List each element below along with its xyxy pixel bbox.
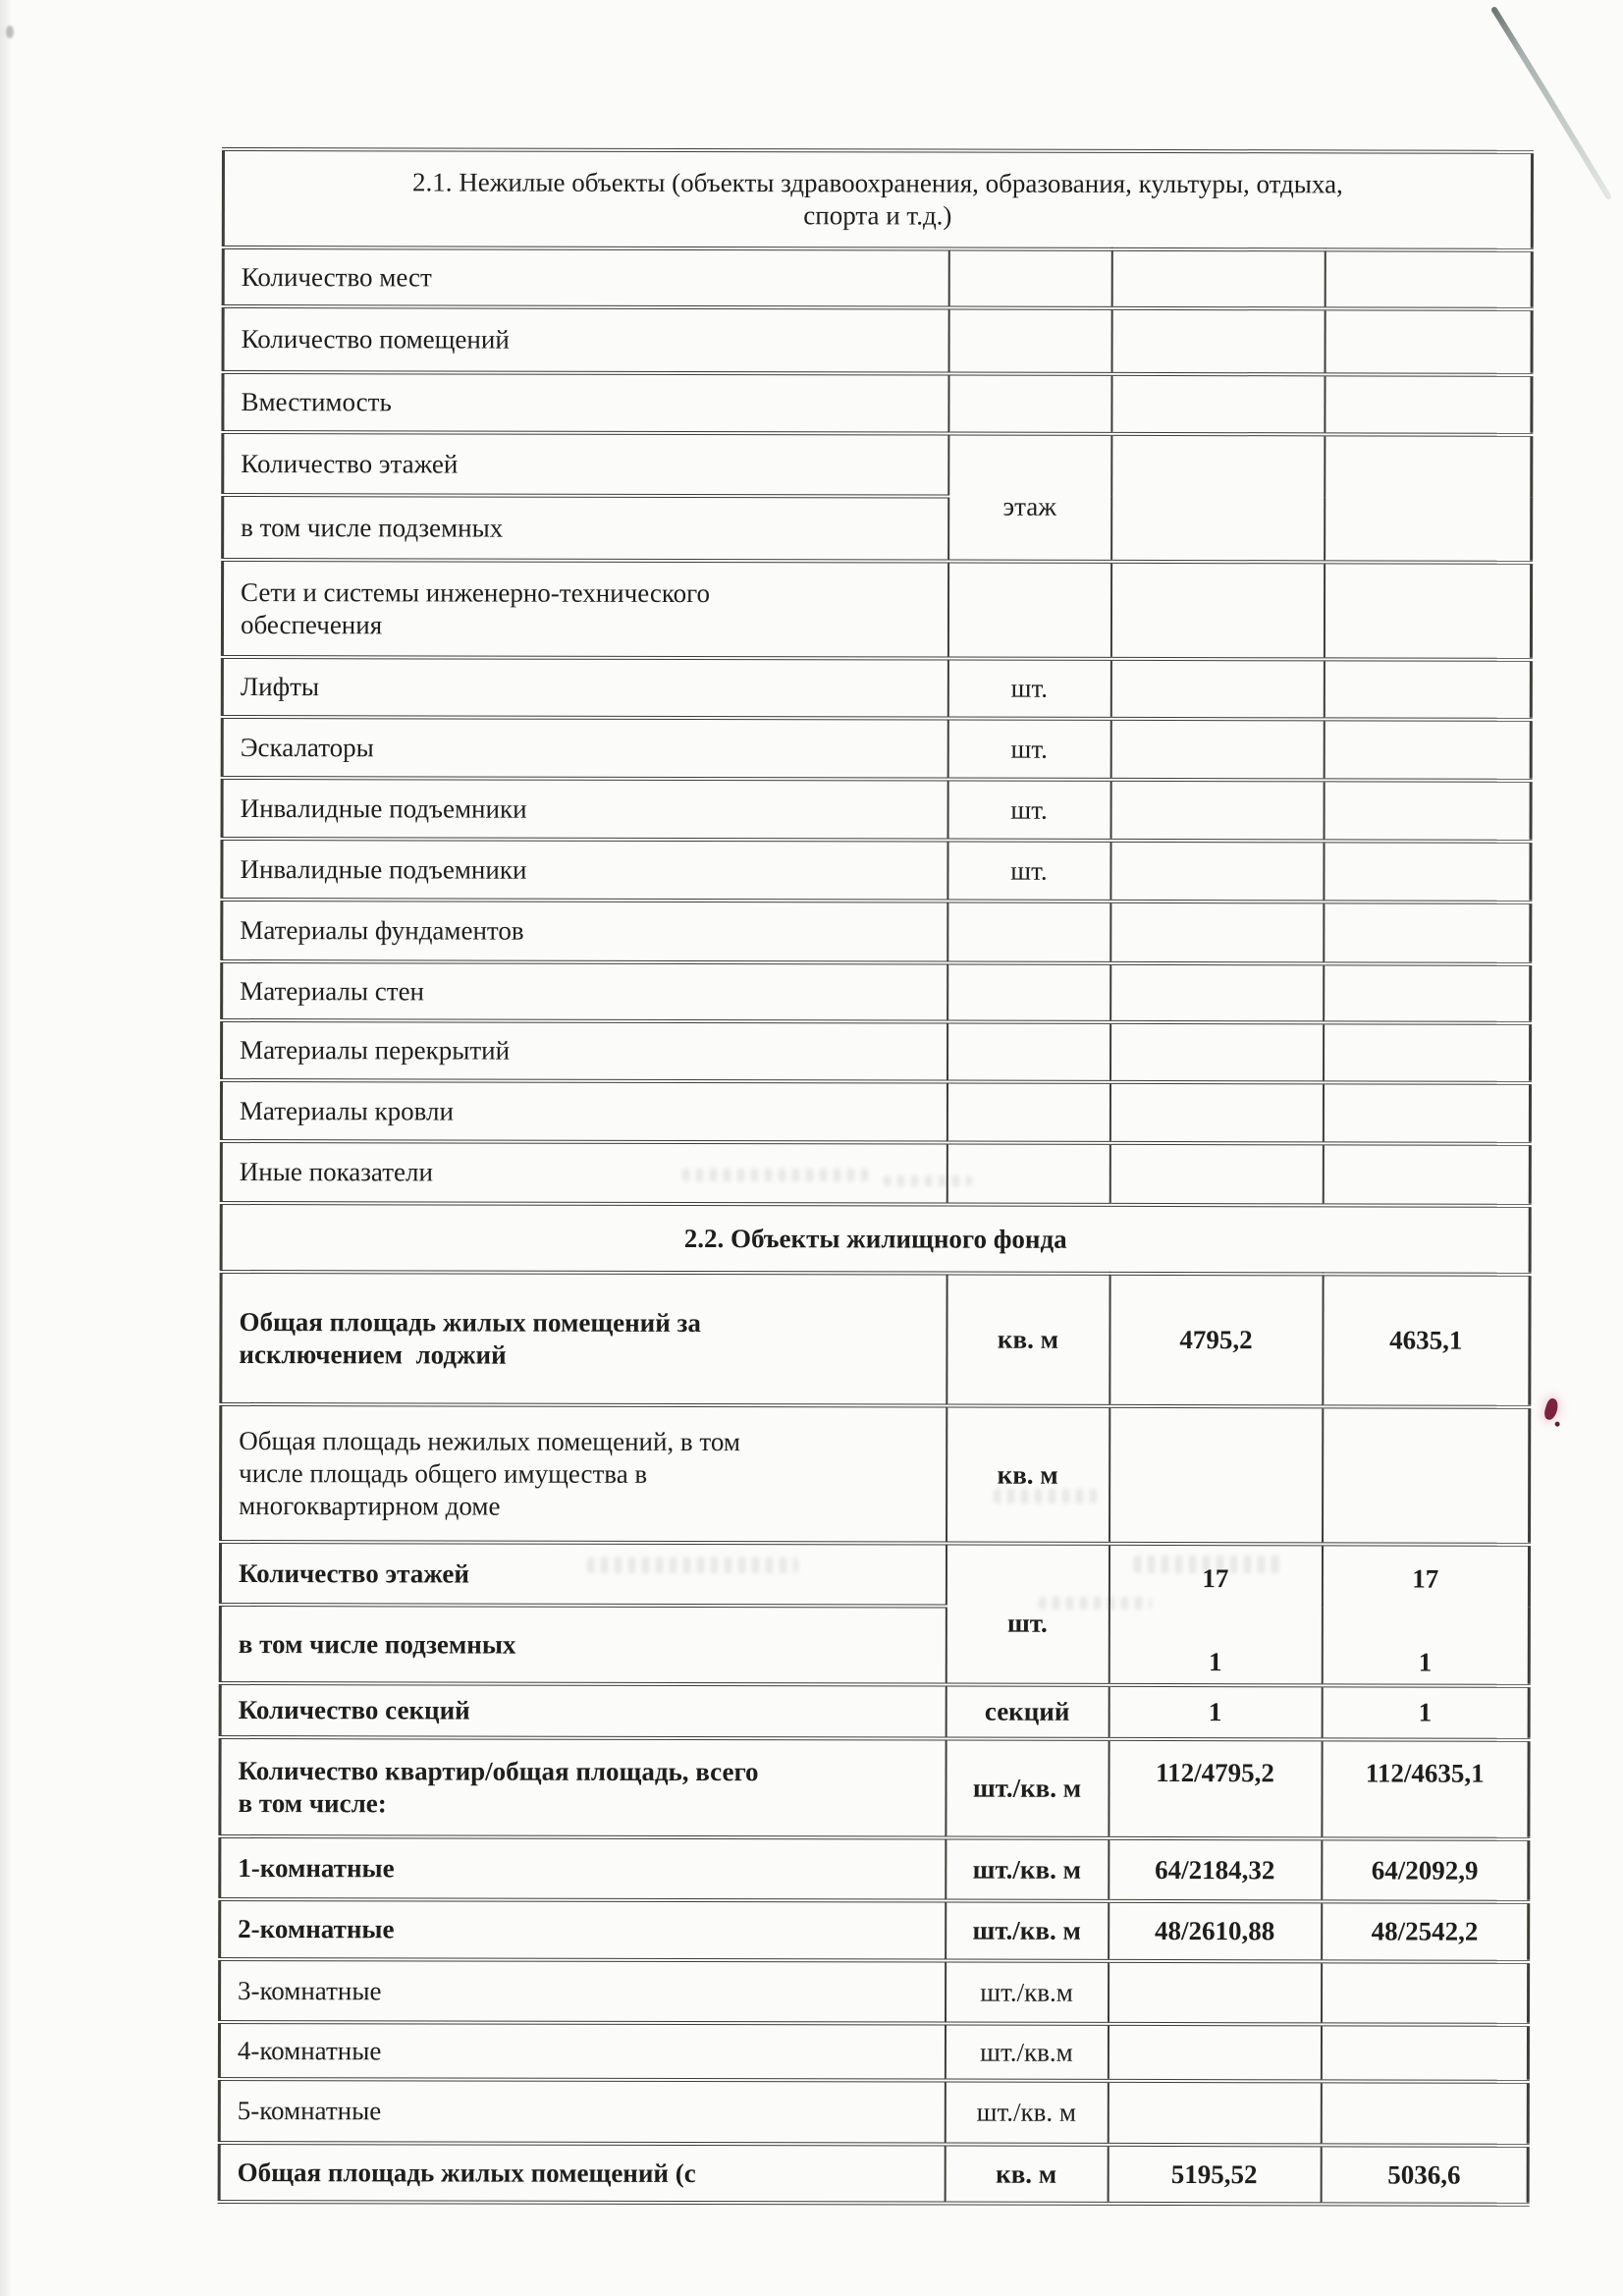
row-unit: шт. [947, 659, 1110, 719]
row-value-1 [1108, 2081, 1321, 2145]
row-value-2: 1 [1322, 1685, 1529, 1739]
row-value-2 [1321, 1961, 1528, 2024]
row-value-1 [1110, 659, 1324, 719]
section-2-1-header-row: 2.1. Нежилые объекты (объекты здравоохра… [223, 149, 1532, 250]
row-value-2: 17 1 [1322, 1544, 1529, 1685]
row-label: Материалы кровли [221, 1080, 947, 1143]
row-value-2 [1325, 434, 1532, 562]
row-label: Иные показатели [221, 1141, 947, 1205]
row-unit [947, 1143, 1109, 1205]
row-unit: этаж [948, 434, 1111, 562]
table-row: Эскалаторы шт. [222, 717, 1531, 781]
section-2-2-title: 2.2. Объекты жилищного фонда [221, 1203, 1530, 1275]
row-unit: кв. м [947, 1406, 1109, 1544]
table-row: Количество этажей шт. 17 1 17 1 [220, 1542, 1529, 1608]
table-row: 5-комнатные шт./кв. м [219, 2079, 1528, 2146]
table-row: Материалы перекрытий [222, 1020, 1531, 1083]
row-label: Общая площадь жилых помещений за исключе… [221, 1272, 947, 1406]
table-row: Вместимость [223, 372, 1532, 435]
section-2-2-header-row: 2.2. Объекты жилищного фонда [221, 1203, 1530, 1275]
red-ink-mark [1542, 1397, 1560, 1422]
row-value-1 [1109, 1406, 1323, 1544]
row-unit: шт. [946, 1544, 1109, 1685]
row-label: 1-комнатные [220, 1836, 946, 1901]
row-value-2 [1324, 1022, 1531, 1082]
row-value-2 [1324, 963, 1531, 1022]
row-label: 4-комнатные [219, 2022, 945, 2081]
row-label: Эскалаторы [222, 717, 947, 780]
row-label: 5-комнатные [219, 2079, 945, 2145]
row-label: в том числе подземных [220, 1605, 946, 1685]
row-value-1: 17 1 [1109, 1544, 1322, 1685]
row-value-2: 64/2092,9 [1322, 1838, 1529, 1901]
table-row: Инвалидные подъемники шт. [222, 839, 1531, 902]
row-label: Лифты [222, 657, 947, 719]
row-unit: шт./кв. м [946, 1739, 1109, 1838]
table-row: Общая площадь нежилых помещений, в том ч… [221, 1404, 1530, 1545]
row-label: Вместимость [223, 372, 948, 434]
row-value-2 [1325, 249, 1532, 308]
table-row: Лифты шт. [222, 657, 1531, 720]
table-row: Количество этажей этаж [223, 432, 1532, 498]
row-label: Материалы стен [222, 961, 947, 1022]
row-unit: шт. [947, 719, 1110, 780]
row-value-1 [1110, 902, 1324, 963]
row-unit: кв. м [945, 2145, 1108, 2204]
row-value-1 [1110, 841, 1324, 902]
row-label: 3-комнатные [220, 1959, 946, 2024]
row-unit: секций [946, 1685, 1109, 1739]
row-value-1: 112/4795,2 [1109, 1739, 1322, 1838]
row-value-1 [1109, 1082, 1323, 1143]
row-unit [947, 902, 1110, 963]
table-row: Количество секций секций 1 1 [220, 1683, 1529, 1740]
row-value-2 [1324, 719, 1531, 780]
row-unit [947, 963, 1110, 1022]
table-row: 3-комнатные шт./кв.м [220, 1959, 1529, 2025]
row-label: Общая площадь жилых помещений (с [219, 2143, 945, 2204]
row-label: 2-комнатные [220, 1899, 946, 1961]
table-row: Количество квартир/общая площадь, всего … [220, 1737, 1529, 1839]
row-label: Количество помещений [223, 306, 948, 374]
row-value-1 [1110, 1022, 1324, 1082]
table-row: Общая площадь жилых помещений (с кв. м 5… [219, 2143, 1528, 2205]
table-row: Материалы фундаментов [222, 900, 1531, 964]
row-unit: шт. [947, 780, 1110, 841]
table-row: Количество мест [223, 247, 1532, 309]
table-row: 4-комнатные шт./кв.м [219, 2022, 1528, 2082]
row-unit: шт./кв.м [946, 1961, 1109, 2024]
row-value-1: 64/2184,32 [1109, 1838, 1322, 1901]
row-value-2 [1323, 1406, 1530, 1544]
floors-below-value: 1 [1209, 1646, 1222, 1678]
row-unit: шт. [947, 841, 1110, 902]
table-row: Инвалидные подъемники шт. [222, 778, 1531, 842]
table-row: Иные показатели [221, 1141, 1530, 1206]
row-value-1 [1109, 1143, 1323, 1205]
row-unit [948, 374, 1111, 434]
row-value-1: 1 [1109, 1685, 1322, 1739]
row-value-1 [1110, 780, 1324, 841]
scan-edge-shadow [0, 0, 12, 2296]
row-value-2 [1325, 308, 1532, 374]
row-value-2 [1321, 2081, 1528, 2145]
table-row: Материалы стен [222, 961, 1531, 1023]
table-row: 2-комнатные шт./кв. м 48/2610,88 48/2542… [220, 1899, 1529, 1962]
row-value-2 [1321, 2024, 1528, 2081]
row-value-1: 48/2610,88 [1109, 1901, 1322, 1961]
row-unit: шт./кв. м [946, 1901, 1109, 1961]
row-value-2 [1324, 562, 1531, 659]
row-label: Количество мест [223, 247, 948, 308]
row-value-1 [1110, 963, 1324, 1022]
row-value-2 [1324, 902, 1531, 963]
row-unit: шт./кв. м [946, 1838, 1109, 1901]
row-value-1: 5195,52 [1108, 2145, 1321, 2204]
row-label: Количество этажей [220, 1542, 946, 1607]
row-value-2 [1325, 374, 1532, 434]
row-value-1 [1108, 2024, 1321, 2081]
row-label: Количество квартир/общая площадь, всего … [220, 1737, 946, 1838]
row-label: Материалы фундаментов [222, 900, 947, 963]
row-label: в том числе подземных [223, 495, 948, 562]
row-value-2: 48/2542,2 [1322, 1901, 1529, 1961]
row-unit [947, 562, 1110, 659]
row-label: Материалы перекрытий [222, 1020, 947, 1082]
section-2-1-title: 2.1. Нежилые объекты (объекты здравоохра… [223, 149, 1532, 250]
row-value-2: 112/4635,1 [1322, 1739, 1529, 1838]
table-row: Количество помещений [223, 306, 1532, 375]
row-unit: кв. м [947, 1274, 1109, 1406]
row-label: Сети и системы инженерно-технического об… [222, 560, 947, 659]
row-value-2 [1324, 780, 1531, 841]
row-label: Количество этажей [223, 432, 948, 497]
row-value-1 [1110, 719, 1324, 780]
row-unit [947, 1022, 1110, 1082]
row-value-2 [1323, 1082, 1530, 1143]
row-label: Инвалидные подъемники [222, 778, 947, 841]
row-unit [947, 1082, 1109, 1143]
row-unit [948, 308, 1111, 374]
row-label: Инвалидные подъемники [222, 839, 947, 902]
table-row: Сети и системы инженерно-технического об… [222, 560, 1531, 660]
scan-speck [6, 26, 14, 38]
row-value-1 [1108, 1961, 1321, 2024]
row-value-2 [1324, 841, 1531, 902]
row-value-1 [1111, 249, 1325, 308]
row-unit [948, 249, 1111, 308]
scanned-document-page: 2.1. Нежилые объекты (объекты здравоохра… [0, 0, 1623, 2296]
row-label: Общая площадь нежилых помещений, в том ч… [221, 1404, 947, 1544]
table-row: Материалы кровли [221, 1080, 1530, 1144]
row-unit: шт./кв. м [945, 2081, 1108, 2145]
row-label: Количество секций [220, 1683, 946, 1739]
row-value-2: 5036,6 [1321, 2145, 1528, 2204]
row-value-1 [1111, 308, 1325, 374]
row-value-1 [1111, 374, 1325, 434]
row-value-1 [1110, 562, 1324, 659]
row-value-2: 4635,1 [1323, 1274, 1530, 1406]
table-row: Общая площадь жилых помещений за исключе… [221, 1272, 1530, 1407]
row-value-2 [1324, 659, 1531, 719]
row-value-1 [1111, 434, 1325, 562]
row-value-2 [1323, 1143, 1530, 1205]
construction-object-form-table: 2.1. Нежилые объекты (объекты здравоохра… [218, 147, 1534, 2207]
row-value-1: 4795,2 [1109, 1274, 1323, 1406]
floors-above-value: 17 [1412, 1563, 1438, 1596]
row-unit: шт./кв.м [945, 2024, 1108, 2081]
floors-above-value: 17 [1202, 1562, 1228, 1595]
table-row: 1-комнатные шт./кв. м 64/2184,32 64/2092… [220, 1836, 1529, 1902]
floors-below-value: 1 [1419, 1647, 1433, 1679]
